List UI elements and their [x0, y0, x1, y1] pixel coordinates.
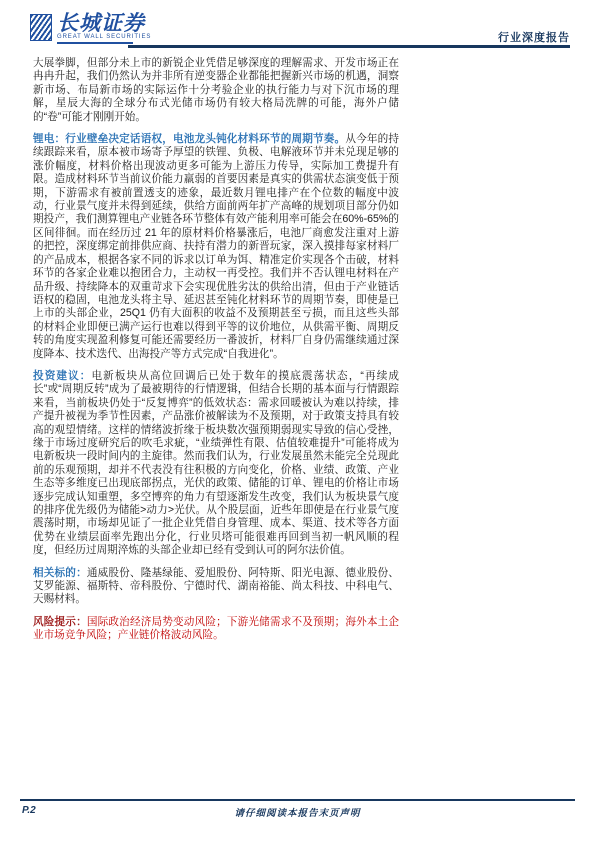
paragraph: 大展拳脚，但部分未上市的新锐企业凭借足够深度的理解需求、开发市场正在冉冉升起，我…: [33, 57, 399, 124]
brand-name-cn: 长城证券: [57, 12, 145, 34]
paragraph-text: 大展拳脚，但部分未上市的新锐企业凭借足够深度的理解需求、开发市场正在冉冉升起，我…: [33, 57, 399, 123]
report-body: 大展拳脚，但部分未上市的新锐企业凭借足够深度的理解需求、开发市场正在冉冉升起，我…: [33, 57, 399, 652]
report-type-label: 行业深度报告: [498, 29, 570, 45]
paragraph: 锂电：行业壁垒决定话语权，电池龙头钝化材料环节的周期节奏。从今年的持续跟踪来看，…: [33, 133, 399, 361]
paragraph-text: 从今年的持续跟踪来看，原本被市场寄予厚望的铁锂、负极、电解液环节并未兑现足够的涨…: [33, 133, 399, 360]
paragraph-text: 国际政治经济局势变动风险；下游光储需求不及预期；海外本土企业市场竞争风险；产业链…: [33, 616, 399, 641]
brand-text: 长城证券 GREAT WALL SECURITIES: [57, 12, 145, 44]
paragraph-lead: 风险提示：: [33, 616, 87, 628]
footer-disclaimer: 请仔细阅读本报告末页声明: [0, 805, 595, 819]
brand-logo: 长城证券 GREAT WALL SECURITIES: [30, 12, 145, 44]
footer-divider: [20, 799, 575, 801]
paragraph-lead: 投资建议：: [33, 370, 91, 382]
great-wall-logo-icon: [30, 14, 52, 41]
paragraph-lead: 相关标的：: [33, 567, 87, 579]
paragraph: 相关标的：通威股份、隆基绿能、爱旭股份、阿特斯、阳光电源、德业股份、艾罗能源、福…: [33, 567, 399, 607]
brand-name-en: GREAT WALL SECURITIES: [57, 34, 133, 44]
header-divider: [128, 45, 570, 48]
paragraph-lead: 锂电：行业壁垒决定话语权，电池龙头钝化材料环节的周期节奏。: [33, 133, 345, 145]
paragraph-text: 电新板块从高位回调后已处于数年的摸底震荡状态，“再续成长”或“周期反转”成为了最…: [33, 370, 399, 556]
paragraph: 风险提示：国际政治经济局势变动风险；下游光储需求不及预期；海外本土企业市场竞争风…: [33, 616, 399, 643]
paragraph-text: 通威股份、隆基绿能、爱旭股份、阿特斯、阳光电源、德业股份、艾罗能源、福斯特、帝科…: [33, 567, 399, 606]
report-page: 长城证券 GREAT WALL SECURITIES 行业深度报告 大展拳脚，但…: [0, 0, 595, 842]
paragraph: 投资建议：电新板块从高位回调后已处于数年的摸底震荡状态，“再续成长”或“周期反转…: [33, 370, 399, 558]
